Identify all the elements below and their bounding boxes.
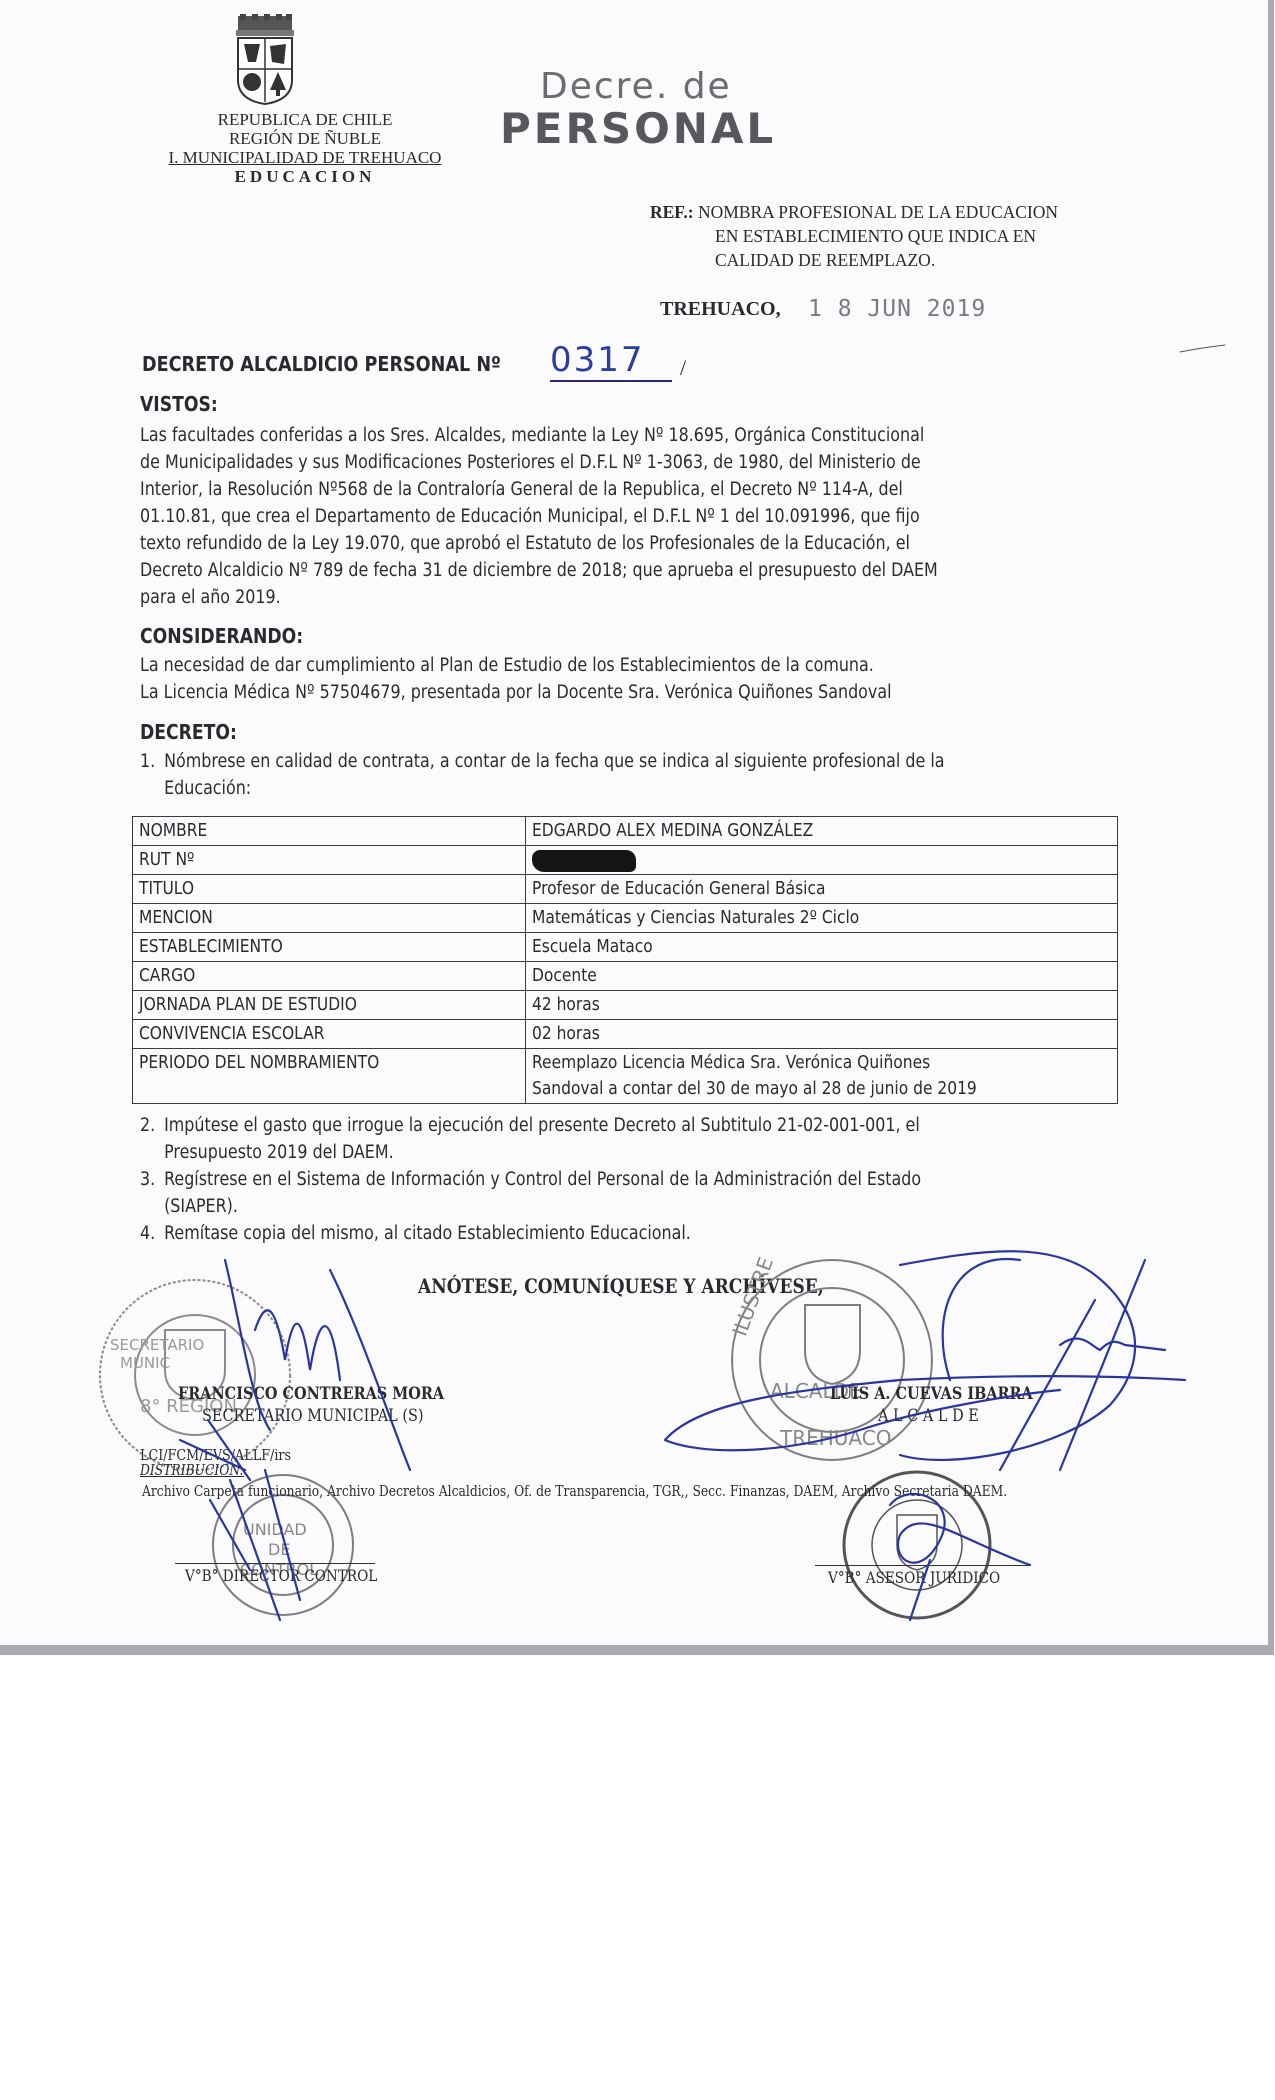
vb-control-line bbox=[175, 1563, 375, 1564]
item-number: 1. bbox=[140, 748, 155, 775]
decreto-item-3: 3. Regístrese en el Sistema de Informaci… bbox=[140, 1166, 1138, 1220]
row-value: Escuela Mataco bbox=[532, 934, 653, 960]
place-label: TREHUACO, bbox=[660, 298, 781, 321]
header-country: REPUBLICA DE CHILE bbox=[150, 110, 460, 129]
table-row: TITULOProfesor de Educación General Bási… bbox=[133, 875, 1118, 904]
item-number: 4. bbox=[140, 1220, 155, 1247]
considerando-line: La Licencia Médica Nº 57504679, presenta… bbox=[140, 679, 1138, 706]
considerando-heading: CONSIDERANDO: bbox=[140, 624, 303, 648]
mayor-name: LUIS A. CUEVAS IBARRA bbox=[830, 1384, 1033, 1404]
table-row: MENCIONMatemáticas y Ciencias Naturales … bbox=[133, 904, 1118, 933]
redacted-rut bbox=[532, 850, 636, 872]
row-key: CARGO bbox=[139, 963, 195, 989]
row-key: RUT Nº bbox=[139, 847, 194, 873]
decree-title: DECRETO ALCALDICIO PERSONAL Nº bbox=[142, 352, 501, 376]
table-row: CONVIVENCIA ESCOLAR02 horas bbox=[133, 1020, 1118, 1049]
row-value: Reemplazo Licencia Médica Sra. Verónica … bbox=[532, 1050, 930, 1076]
vistos-line: texto refundido de la Ley 19.070, que ap… bbox=[140, 530, 1138, 557]
row-value: 42 horas bbox=[532, 992, 600, 1018]
vistos-heading: VISTOS: bbox=[140, 392, 218, 416]
stamp-personal: PERSONAL bbox=[500, 104, 776, 153]
secretary-name: FRANCISCO CONTRERAS MORA bbox=[178, 1384, 444, 1404]
ref-line-3: CALIDAD DE REEMPLAZO. bbox=[650, 248, 1130, 272]
vistos-line: Decreto Alcaldicio Nº 789 de fecha 31 de… bbox=[140, 557, 1138, 584]
considerando-line: La necesidad de dar cumplimiento al Plan… bbox=[140, 652, 1138, 679]
decreto-heading: DECRETO: bbox=[140, 720, 237, 744]
row-value-cont: Sandoval a contar del 30 de mayo al 28 d… bbox=[532, 1076, 977, 1102]
row-key: NOMBRE bbox=[139, 818, 207, 844]
row-key: ESTABLECIMIENTO bbox=[139, 934, 283, 960]
table-row: JORNADA PLAN DE ESTUDIO42 horas bbox=[133, 991, 1118, 1020]
considerando-body: La necesidad de dar cumplimiento al Plan… bbox=[140, 652, 1138, 706]
stamp-decre-de: Decre. de bbox=[540, 66, 732, 107]
vistos-body: Las facultades conferidas a los Sres. Al… bbox=[140, 422, 1138, 611]
table-row: RUT Nº bbox=[133, 846, 1118, 875]
row-key: TITULO bbox=[139, 876, 194, 902]
row-key: MENCION bbox=[139, 905, 213, 931]
item-text: Presupuesto 2019 del DAEM. bbox=[164, 1139, 1138, 1166]
vb-asesor-juridico: V°B° ASESOR JURIDICO bbox=[828, 1568, 1000, 1587]
date-stamp: 1 8 JUN 2019 bbox=[808, 296, 986, 322]
row-key: CONVIVENCIA ESCOLAR bbox=[139, 1021, 324, 1047]
row-key: PERIODO DEL NOMBRAMIENTO bbox=[139, 1050, 379, 1076]
decreto-items: 2. Impútese el gasto que irrogue la ejec… bbox=[140, 1112, 1138, 1247]
distribution-label: DISTRIBUCION: bbox=[140, 1463, 244, 1479]
vistos-line: para el año 2019. bbox=[140, 584, 1138, 611]
decreto-item-2: 2. Impútese el gasto que irrogue la ejec… bbox=[140, 1112, 1138, 1166]
row-value: Profesor de Educación General Básica bbox=[532, 876, 825, 902]
ref-line-2: EN ESTABLECIMIENTO QUE INDICA EN bbox=[650, 224, 1130, 248]
decreto-item-4: 4. Remítase copia del mismo, al citado E… bbox=[140, 1220, 1138, 1247]
row-value: Matemáticas y Ciencias Naturales 2º Cicl… bbox=[532, 905, 859, 931]
decreto-item-1: 1. Nómbrese en calidad de contrata, a co… bbox=[140, 748, 1138, 802]
item-text: Impútese el gasto que irrogue la ejecuci… bbox=[164, 1112, 1138, 1139]
item-number: 3. bbox=[140, 1166, 155, 1193]
vistos-line: Las facultades conferidas a los Sres. Al… bbox=[140, 422, 1138, 449]
row-key: JORNADA PLAN DE ESTUDIO bbox=[139, 992, 357, 1018]
distribution-list: Archivo Carpeta funcionario, Archivo Dec… bbox=[142, 1484, 1007, 1500]
header-region: REGIÓN DE ÑUBLE bbox=[150, 129, 460, 148]
coat-of-arms-icon bbox=[228, 14, 302, 106]
row-value: Docente bbox=[532, 963, 597, 989]
item-text: Regístrese en el Sistema de Información … bbox=[164, 1166, 1138, 1193]
issuer-header: REPUBLICA DE CHILE REGIÓN DE ÑUBLE I. MU… bbox=[150, 110, 460, 186]
vb-juridico-line bbox=[815, 1565, 1030, 1566]
table-row: CARGODocente bbox=[133, 962, 1118, 991]
ref-label: REF.: bbox=[650, 202, 694, 222]
item-text: Nómbrese en calidad de contrata, a conta… bbox=[164, 748, 1138, 775]
reference-block: REF.: NOMBRA PROFESIONAL DE LA EDUCACION… bbox=[650, 200, 1130, 272]
row-value: 02 horas bbox=[532, 1021, 600, 1047]
table-row: PERIODO DEL NOMBRAMIENTOReemplazo Licenc… bbox=[133, 1049, 1118, 1104]
table-row: ESTABLECIMIENTOEscuela Mataco bbox=[133, 933, 1118, 962]
item-text: Remítase copia del mismo, al citado Esta… bbox=[164, 1220, 1138, 1247]
mayor-role: A L C A L D E bbox=[878, 1406, 979, 1426]
closing-formula: ANÓTESE, COMUNÍQUESE Y ARCHÍVESE, bbox=[418, 1274, 824, 1298]
vistos-line: de Municipalidades y sus Modificaciones … bbox=[140, 449, 1138, 476]
item-text: Educación: bbox=[164, 775, 1138, 802]
item-text: (SIAPER). bbox=[164, 1193, 1138, 1220]
appointment-table: NOMBREEDGARDO ALEX MEDINA GONZÁLEZ RUT N… bbox=[132, 816, 1118, 1104]
table-row: NOMBREEDGARDO ALEX MEDINA GONZÁLEZ bbox=[133, 817, 1118, 846]
initials: LCI/FCM/EVS/ALLF/irs bbox=[140, 1446, 291, 1464]
header-department: EDUCACION bbox=[150, 167, 460, 186]
vb-director-control: V°B° DIRECTOR CONTROL bbox=[185, 1566, 377, 1585]
vistos-line: 01.10.81, que crea el Departamento de Ed… bbox=[140, 503, 1138, 530]
header-municipality: I. MUNICIPALIDAD DE TREHUACO bbox=[150, 148, 460, 167]
ref-line-1: NOMBRA PROFESIONAL DE LA EDUCACION bbox=[698, 202, 1058, 222]
decree-number-handwritten: 0317 bbox=[550, 340, 672, 382]
secretary-role: SECRETARIO MUNICIPAL (S) bbox=[202, 1406, 424, 1426]
item-number: 2. bbox=[140, 1112, 155, 1139]
vistos-line: Interior, la Resolución Nº568 de la Cont… bbox=[140, 476, 1138, 503]
row-value: EDGARDO ALEX MEDINA GONZÁLEZ bbox=[532, 818, 813, 844]
decree-number-slash: / bbox=[680, 355, 686, 381]
